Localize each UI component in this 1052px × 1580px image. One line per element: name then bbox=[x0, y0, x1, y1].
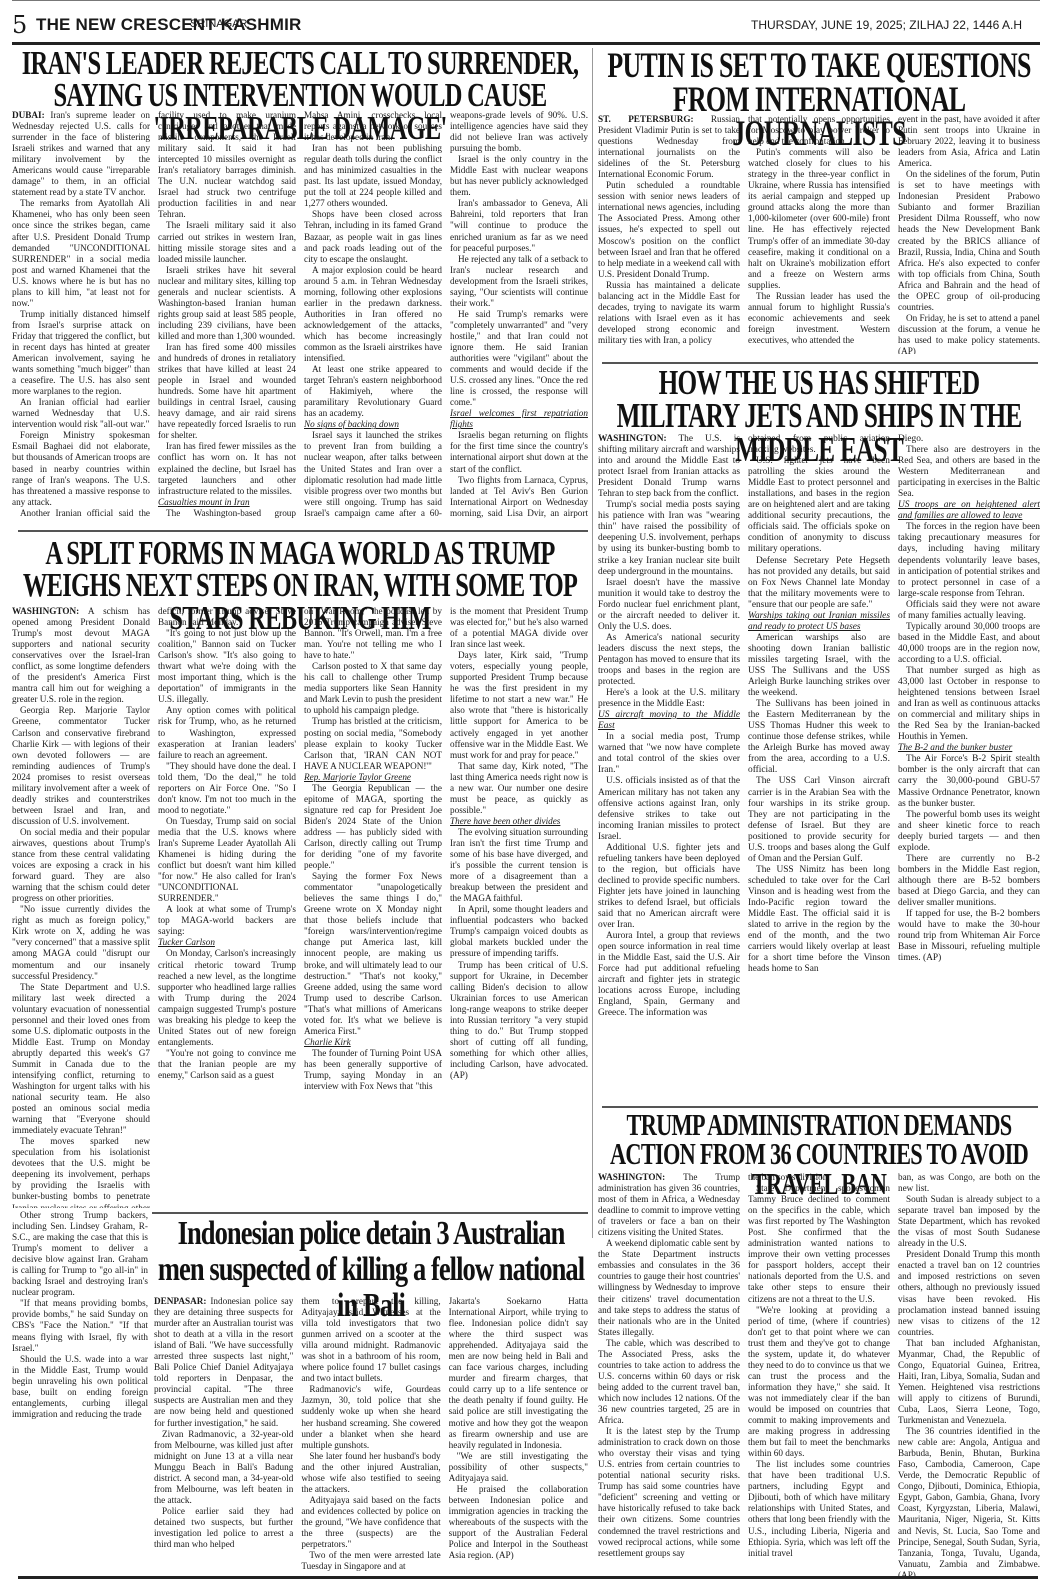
maga-col-1-continued: Other strong Trump backers, including Se… bbox=[12, 1210, 148, 1574]
headline-maga: A SPLIT FORMS IN MAGA WORLD AS TRUMP WEI… bbox=[12, 538, 588, 606]
story-divider bbox=[18, 530, 588, 532]
military-col-3: Diego. There also are destroyers in the … bbox=[898, 434, 1040, 1100]
subhead: Charlie Kirk bbox=[304, 1037, 442, 1048]
story-bali: Indonesian police detain 3 Australian me… bbox=[154, 1216, 588, 1576]
dateline: WASHINGTON: bbox=[12, 606, 79, 616]
military-col-1: WASHINGTON: The U.S. is shifting militar… bbox=[598, 434, 740, 1100]
dateline: WASHINGTON: bbox=[598, 434, 667, 444]
bali-col-1: DENPASAR: Indonesian police say they are… bbox=[154, 1296, 293, 1572]
putin-col-3: event in the past, have avoided it after… bbox=[898, 114, 1040, 354]
masthead: 5 THE NEW CRESCENT KASHMIR SRINAGAR THUR… bbox=[12, 0, 1040, 44]
story-divider bbox=[152, 1212, 588, 1214]
story-divider bbox=[602, 362, 1038, 364]
issue-date: THURSDAY, JUNE 19, 2025; ZILHAJ 22, 1446… bbox=[751, 18, 1022, 32]
dateline: WASHINGTON: bbox=[598, 1172, 665, 1182]
subhead: No signs of backing down bbox=[304, 419, 442, 430]
bali-col-2: them to prepare the killing, Adityajaya … bbox=[301, 1296, 440, 1572]
maga-col-3: on "War Room," the podcast led by 2016 T… bbox=[304, 606, 442, 1208]
iran-col-1: DUBAI: Iran's supreme leader on Wednesda… bbox=[12, 110, 150, 520]
headline-military: HOW THE US HAS SHIFTED MILITARY JETS AND… bbox=[598, 366, 1040, 434]
maga-col-4: is the moment that President Trump was e… bbox=[450, 606, 588, 1208]
putin-col-1: ST. PETERSBURG: Russian President Vladim… bbox=[598, 114, 740, 354]
column-divider bbox=[592, 48, 593, 1238]
story-putin: PUTIN IS SET TO TAKE QUESTIONS FROM INTE… bbox=[598, 48, 1040, 356]
story-maga-split: A SPLIT FORMS IN MAGA WORLD AS TRUMP WEI… bbox=[12, 534, 588, 1210]
story-divider bbox=[602, 1106, 1038, 1108]
travel-col-1: WASHINGTON: The Trump administration has… bbox=[598, 1172, 740, 1576]
paper-name: THE NEW CRESCENT KASHMIR bbox=[36, 15, 301, 35]
maga-col-2: deficit, former Trump adviser Steve Bann… bbox=[158, 606, 296, 1208]
subhead: Tucker Carlson bbox=[158, 937, 296, 948]
iran-col-4: weapons-grade levels of 90%. U.S. intell… bbox=[450, 110, 588, 520]
story-us-military: HOW THE US HAS SHIFTED MILITARY JETS AND… bbox=[598, 366, 1040, 1102]
subhead: US aircraft moving to the Middle East bbox=[598, 710, 740, 732]
subhead: The B-2 and the bunker buster bbox=[898, 743, 1040, 754]
dateline: DUBAI: bbox=[12, 110, 45, 120]
edition-city: SRINAGAR bbox=[190, 18, 247, 30]
bali-col-3: Jakarta's Soekarno Hatta International A… bbox=[449, 1296, 588, 1572]
subhead: US troops are on heightened alert and fa… bbox=[898, 500, 1040, 522]
iran-col-2: facility used to make uranium centrifuge… bbox=[158, 110, 296, 520]
subhead: Warships taking out Iranian missiles and… bbox=[748, 611, 890, 633]
subhead: Rep. Marjorie Taylor Greene bbox=[304, 772, 442, 783]
masthead-divider bbox=[12, 42, 1040, 45]
headline-travel-ban: TRUMP ADMINISTRATION DEMANDS ACTION FROM… bbox=[598, 1110, 1040, 1172]
subhead: Israel welcomes first repatriation fligh… bbox=[450, 408, 588, 430]
maga-col-1: WASHINGTON: A schism has opened among Pr… bbox=[12, 606, 150, 1208]
military-col-2: obtained from public aviation tracking w… bbox=[748, 434, 890, 1100]
iran-col-3: Mahsa Amini, crosschecks local reports a… bbox=[304, 110, 442, 520]
dateline: DENPASAR: bbox=[154, 1296, 206, 1306]
headline-putin: PUTIN IS SET TO TAKE QUESTIONS FROM INTE… bbox=[598, 48, 1040, 114]
story-iran-leader: IRAN'S LEADER REJECTS CALL TO SURRENDER,… bbox=[12, 48, 588, 526]
subhead: There have been other divides bbox=[450, 816, 588, 827]
subhead: Casualties mount in Iran bbox=[158, 497, 296, 508]
page-number: 5 bbox=[12, 11, 27, 39]
travel-col-3: ban, as was Congo, are both on the new l… bbox=[898, 1172, 1040, 1576]
headline-iran: IRAN'S LEADER REJECTS CALL TO SURRENDER,… bbox=[12, 48, 588, 110]
page-bottom-rule bbox=[18, 1576, 1038, 1579]
story-travel-ban: TRUMP ADMINISTRATION DEMANDS ACTION FROM… bbox=[598, 1110, 1040, 1576]
headline-bali: Indonesian police detain 3 Australian me… bbox=[154, 1216, 588, 1296]
travel-col-2: the ban sows division. State Department … bbox=[748, 1172, 890, 1576]
